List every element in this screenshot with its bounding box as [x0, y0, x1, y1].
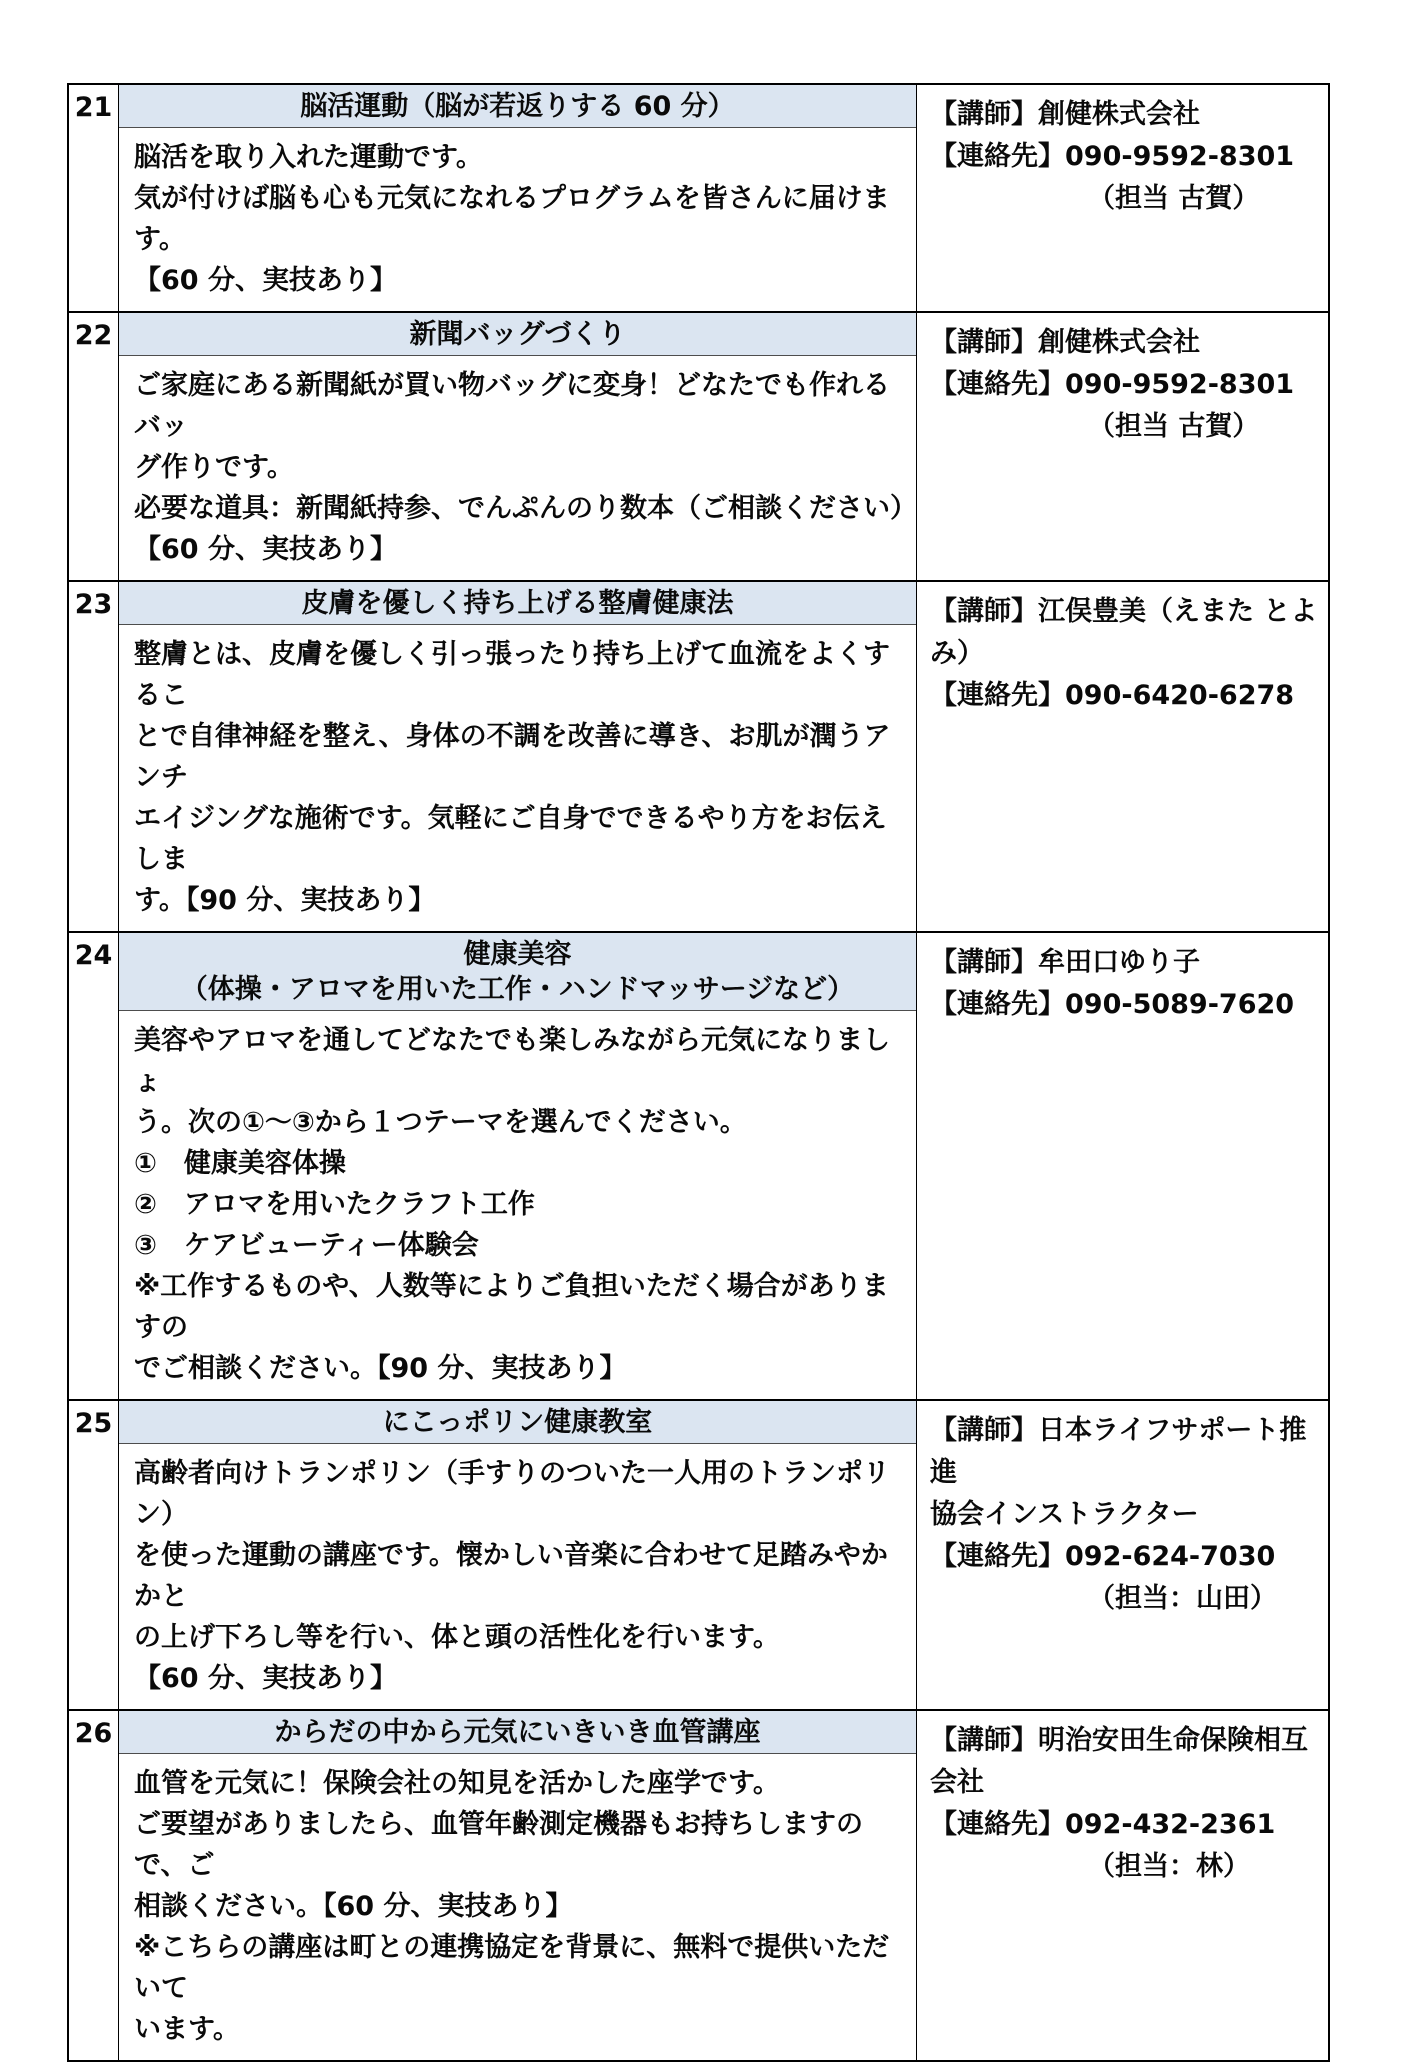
course-title: 新聞バッグづくり [119, 313, 916, 356]
table-row: 21 脳活運動（脳が若返りする 60 分） 脳活を取り入れた運動です。気が付けば… [69, 85, 1328, 311]
course-description-line: ご要望がありましたら、血管年齢測定機器もお持ちしますので、ご [134, 1804, 906, 1886]
course-description: 脳活を取り入れた運動です。気が付けば脳も心も元気になれるプログラムを皆さんに届け… [119, 128, 916, 311]
course-contact-line: 【講師】江俣豊美（えまた とよみ） [930, 591, 1320, 675]
course-title: からだの中から元気にいきいき血管講座 [119, 1711, 916, 1754]
course-description-line: す。【90 分、実技あり】 [134, 880, 906, 921]
course-contact-line: （担当 古賀） [930, 406, 1320, 448]
course-contact-line: 【講師】創健株式会社 [930, 94, 1320, 136]
course-description-line: でご相談ください。【90 分、実技あり】 [134, 1348, 906, 1389]
course-description-line: 相談ください。【60 分、実技あり】 [134, 1886, 906, 1927]
course-description: 高齢者向けトランポリン（手すりのついた一人用のトランポリン）を使った運動の講座で… [119, 1444, 916, 1709]
course-description: ご家庭にある新聞紙が買い物バッグに変身！どなたでも作れるバッグ作りです。必要な道… [119, 356, 916, 580]
course-contact-line: （担当：山田） [930, 1578, 1320, 1620]
course-description-line: ※こちらの講座は町との連携協定を背景に、無料で提供いただいて [134, 1927, 906, 2009]
course-contact-line: 【講師】創健株式会社 [930, 322, 1320, 364]
course-description-line: ② アロマを用いたクラフト工作 [134, 1184, 906, 1225]
course-description-line: グ作りです。 [134, 447, 906, 488]
course-description-line: ※工作するものや、人数等によりご負担いただく場合がありますの [134, 1266, 906, 1348]
course-content-cell: 健康美容（体操・アロマを用いた工作・ハンドマッサージなど） 美容やアロマを通して… [119, 933, 917, 1399]
course-contact-line: 【連絡先】090-9592-8301 [930, 136, 1320, 178]
table-row: 22 新聞バッグづくり ご家庭にある新聞紙が買い物バッグに変身！どなたでも作れる… [69, 311, 1328, 580]
course-contact: 【講師】日本ライフサポート推進協会インストラクター【連絡先】092-624-70… [917, 1401, 1328, 1709]
course-contact-line: 協会インストラクター [930, 1494, 1320, 1536]
course-number: 25 [69, 1401, 119, 1709]
course-contact: 【講師】明治安田生命保険相互会社【連絡先】092-432-2361（担当：林） [917, 1711, 1328, 2060]
course-title-line: 健康美容 [127, 937, 908, 972]
course-contact-line: （担当：林） [930, 1846, 1320, 1888]
course-description-line: を使った運動の講座です。懐かしい音楽に合わせて足踏みやかかと [134, 1535, 906, 1617]
course-content-cell: からだの中から元気にいきいき血管講座 血管を元気に！保険会社の知見を活かした座学… [119, 1711, 917, 2060]
course-table: 21 脳活運動（脳が若返りする 60 分） 脳活を取り入れた運動です。気が付けば… [67, 83, 1330, 2062]
course-content-cell: にこっポリン健康教室 高齢者向けトランポリン（手すりのついた一人用のトランポリン… [119, 1401, 917, 1709]
table-row: 23 皮膚を優しく持ち上げる整膚健康法 整膚とは、皮膚を優しく引っ張ったり持ち上… [69, 580, 1328, 931]
course-contact-line: 【連絡先】092-624-7030 [930, 1536, 1320, 1578]
course-number: 24 [69, 933, 119, 1399]
course-contact: 【講師】江俣豊美（えまた とよみ）【連絡先】090-6420-6278 [917, 582, 1328, 931]
table-row: 25 にこっポリン健康教室 高齢者向けトランポリン（手すりのついた一人用のトラン… [69, 1399, 1328, 1709]
course-description-line: エイジングな施術です。気軽にご自身でできるやり方をお伝えしま [134, 798, 906, 880]
course-contact: 【講師】牟田口ゆり子【連絡先】090-5089-7620 [917, 933, 1328, 1399]
course-description-line: 高齢者向けトランポリン（手すりのついた一人用のトランポリン） [134, 1453, 906, 1535]
course-contact-line: 【連絡先】090-6420-6278 [930, 675, 1320, 717]
table-row: 26 からだの中から元気にいきいき血管講座 血管を元気に！保険会社の知見を活かし… [69, 1709, 1328, 2060]
course-contact-line: 【連絡先】092-432-2361 [930, 1804, 1320, 1846]
course-contact-line: 【講師】日本ライフサポート推進 [930, 1410, 1320, 1494]
course-contact-line: 【連絡先】090-9592-8301 [930, 364, 1320, 406]
course-contact-line: 【講師】明治安田生命保険相互会社 [930, 1720, 1320, 1804]
course-contact: 【講師】創健株式会社【連絡先】090-9592-8301（担当 古賀） [917, 313, 1328, 580]
course-title-line: 脳活運動（脳が若返りする 60 分） [127, 89, 908, 124]
course-contact-line: （担当 古賀） [930, 178, 1320, 220]
course-description-line: 【60 分、実技あり】 [134, 1658, 906, 1699]
course-number: 26 [69, 1711, 119, 2060]
course-title: 健康美容（体操・アロマを用いた工作・ハンドマッサージなど） [119, 933, 916, 1011]
course-description-line: 脳活を取り入れた運動です。 [134, 137, 906, 178]
course-description-line: 整膚とは、皮膚を優しく引っ張ったり持ち上げて血流をよくするこ [134, 634, 906, 716]
course-description-line: の上げ下ろし等を行い、体と頭の活性化を行います。 [134, 1617, 906, 1658]
course-description-line: 血管を元気に！保険会社の知見を活かした座学です。 [134, 1763, 906, 1804]
course-description-line: う。次の①～③から１つテーマを選んでください。 [134, 1102, 906, 1143]
course-content-cell: 皮膚を優しく持ち上げる整膚健康法 整膚とは、皮膚を優しく引っ張ったり持ち上げて血… [119, 582, 917, 931]
course-title-line: （体操・アロマを用いた工作・ハンドマッサージなど） [127, 972, 908, 1007]
course-title-line: からだの中から元気にいきいき血管講座 [127, 1715, 908, 1750]
course-description-line: ① 健康美容体操 [134, 1143, 906, 1184]
course-contact: 【講師】創健株式会社【連絡先】090-9592-8301（担当 古賀） [917, 85, 1328, 311]
course-description-line: 【60 分、実技あり】 [134, 260, 906, 301]
course-description-line: 美容やアロマを通してどなたでも楽しみながら元気になりましょ [134, 1020, 906, 1102]
course-content-cell: 脳活運動（脳が若返りする 60 分） 脳活を取り入れた運動です。気が付けば脳も心… [119, 85, 917, 311]
course-contact-line: 【講師】牟田口ゆり子 [930, 942, 1320, 984]
course-description: 整膚とは、皮膚を優しく引っ張ったり持ち上げて血流をよくすることで自律神経を整え、… [119, 625, 916, 931]
course-description-line: ③ ケアビューティー体験会 [134, 1225, 906, 1266]
course-title: にこっポリン健康教室 [119, 1401, 916, 1444]
course-number: 23 [69, 582, 119, 931]
course-contact-line: 【連絡先】090-5089-7620 [930, 984, 1320, 1026]
course-title: 脳活運動（脳が若返りする 60 分） [119, 85, 916, 128]
course-description-line: とで自律神経を整え、身体の不調を改善に導き、お肌が潤うアンチ [134, 716, 906, 798]
course-number: 21 [69, 85, 119, 311]
course-description: 美容やアロマを通してどなたでも楽しみながら元気になりましょう。次の①～③から１つ… [119, 1011, 916, 1399]
course-title-line: 新聞バッグづくり [127, 317, 908, 352]
course-title: 皮膚を優しく持ち上げる整膚健康法 [119, 582, 916, 625]
course-title-line: 皮膚を優しく持ち上げる整膚健康法 [127, 586, 908, 621]
course-description-line: 気が付けば脳も心も元気になれるプログラムを皆さんに届けます。 [134, 178, 906, 260]
table-row: 24 健康美容（体操・アロマを用いた工作・ハンドマッサージなど） 美容やアロマを… [69, 931, 1328, 1399]
course-description-line: います。 [134, 2009, 906, 2050]
course-description: 血管を元気に！保険会社の知見を活かした座学です。ご要望がありましたら、血管年齢測… [119, 1754, 916, 2060]
course-description-line: ご家庭にある新聞紙が買い物バッグに変身！どなたでも作れるバッ [134, 365, 906, 447]
course-title-line: にこっポリン健康教室 [127, 1405, 908, 1440]
course-description-line: 【60 分、実技あり】 [134, 529, 906, 570]
course-number: 22 [69, 313, 119, 580]
course-content-cell: 新聞バッグづくり ご家庭にある新聞紙が買い物バッグに変身！どなたでも作れるバッグ… [119, 313, 917, 580]
course-description-line: 必要な道具：新聞紙持参、でんぷんのり数本（ご相談ください） [134, 488, 906, 529]
